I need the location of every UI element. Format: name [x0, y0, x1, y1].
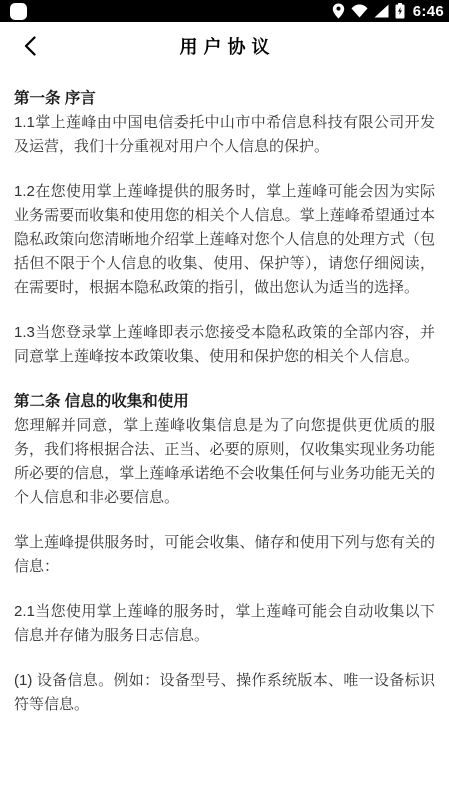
back-chevron-icon: [24, 36, 36, 56]
agreement-paragraph: (1) 设备信息。例如：设备型号、操作系统版本、唯一设备标识符等信息。: [14, 669, 435, 717]
wifi-icon: [351, 4, 368, 18]
section-heading: 第二条 信息的收集和使用: [14, 390, 435, 414]
battery-charging-icon: [395, 3, 405, 19]
agreement-paragraph: 掌上莲峰提供服务时，可能会收集、储存和使用下列与您有关的信息：: [14, 531, 435, 579]
page-title: 用户协议: [174, 33, 276, 59]
cellular-signal-icon: [374, 4, 389, 18]
back-button[interactable]: [14, 22, 46, 70]
notification-app-icon: [10, 3, 27, 20]
agreement-paragraph: 您理解并同意，掌上莲峰收集信息是为了向您提供更优质的服务，我们将根据合法、正当、…: [14, 414, 435, 510]
section-heading: 第一条 序言: [14, 87, 435, 111]
agreement-paragraph: 1.2在您使用掌上莲峰提供的服务时，掌上莲峰可能会因为实际业务需要而收集和使用您…: [14, 180, 435, 300]
app-screen: 6:46 用户协议 第一条 序言1.1掌上莲峰由中国电信委托中山市中希信息科技有…: [0, 0, 449, 800]
agreement-paragraph: 2.1当您使用掌上莲峰的服务时，掌上莲峰可能会自动收集以下信息并存储为服务日志信…: [14, 600, 435, 648]
agreement-content[interactable]: 第一条 序言1.1掌上莲峰由中国电信委托中山市中希信息科技有限公司开发及运营，我…: [0, 70, 449, 717]
status-time: 6:46: [413, 3, 444, 20]
agreement-paragraph: 1.3当您登录掌上莲峰即表示您接受本隐私政策的全部内容，并同意掌上莲峰按本政策收…: [14, 321, 435, 369]
status-bar-right: 6:46: [332, 3, 444, 20]
status-bar: 6:46: [0, 0, 449, 22]
location-icon: [332, 3, 345, 19]
agreement-paragraph: 1.1掌上莲峰由中国电信委托中山市中希信息科技有限公司开发及运营，我们十分重视对…: [14, 111, 435, 159]
status-bar-left: [10, 3, 27, 20]
header: 用户协议: [0, 22, 449, 70]
